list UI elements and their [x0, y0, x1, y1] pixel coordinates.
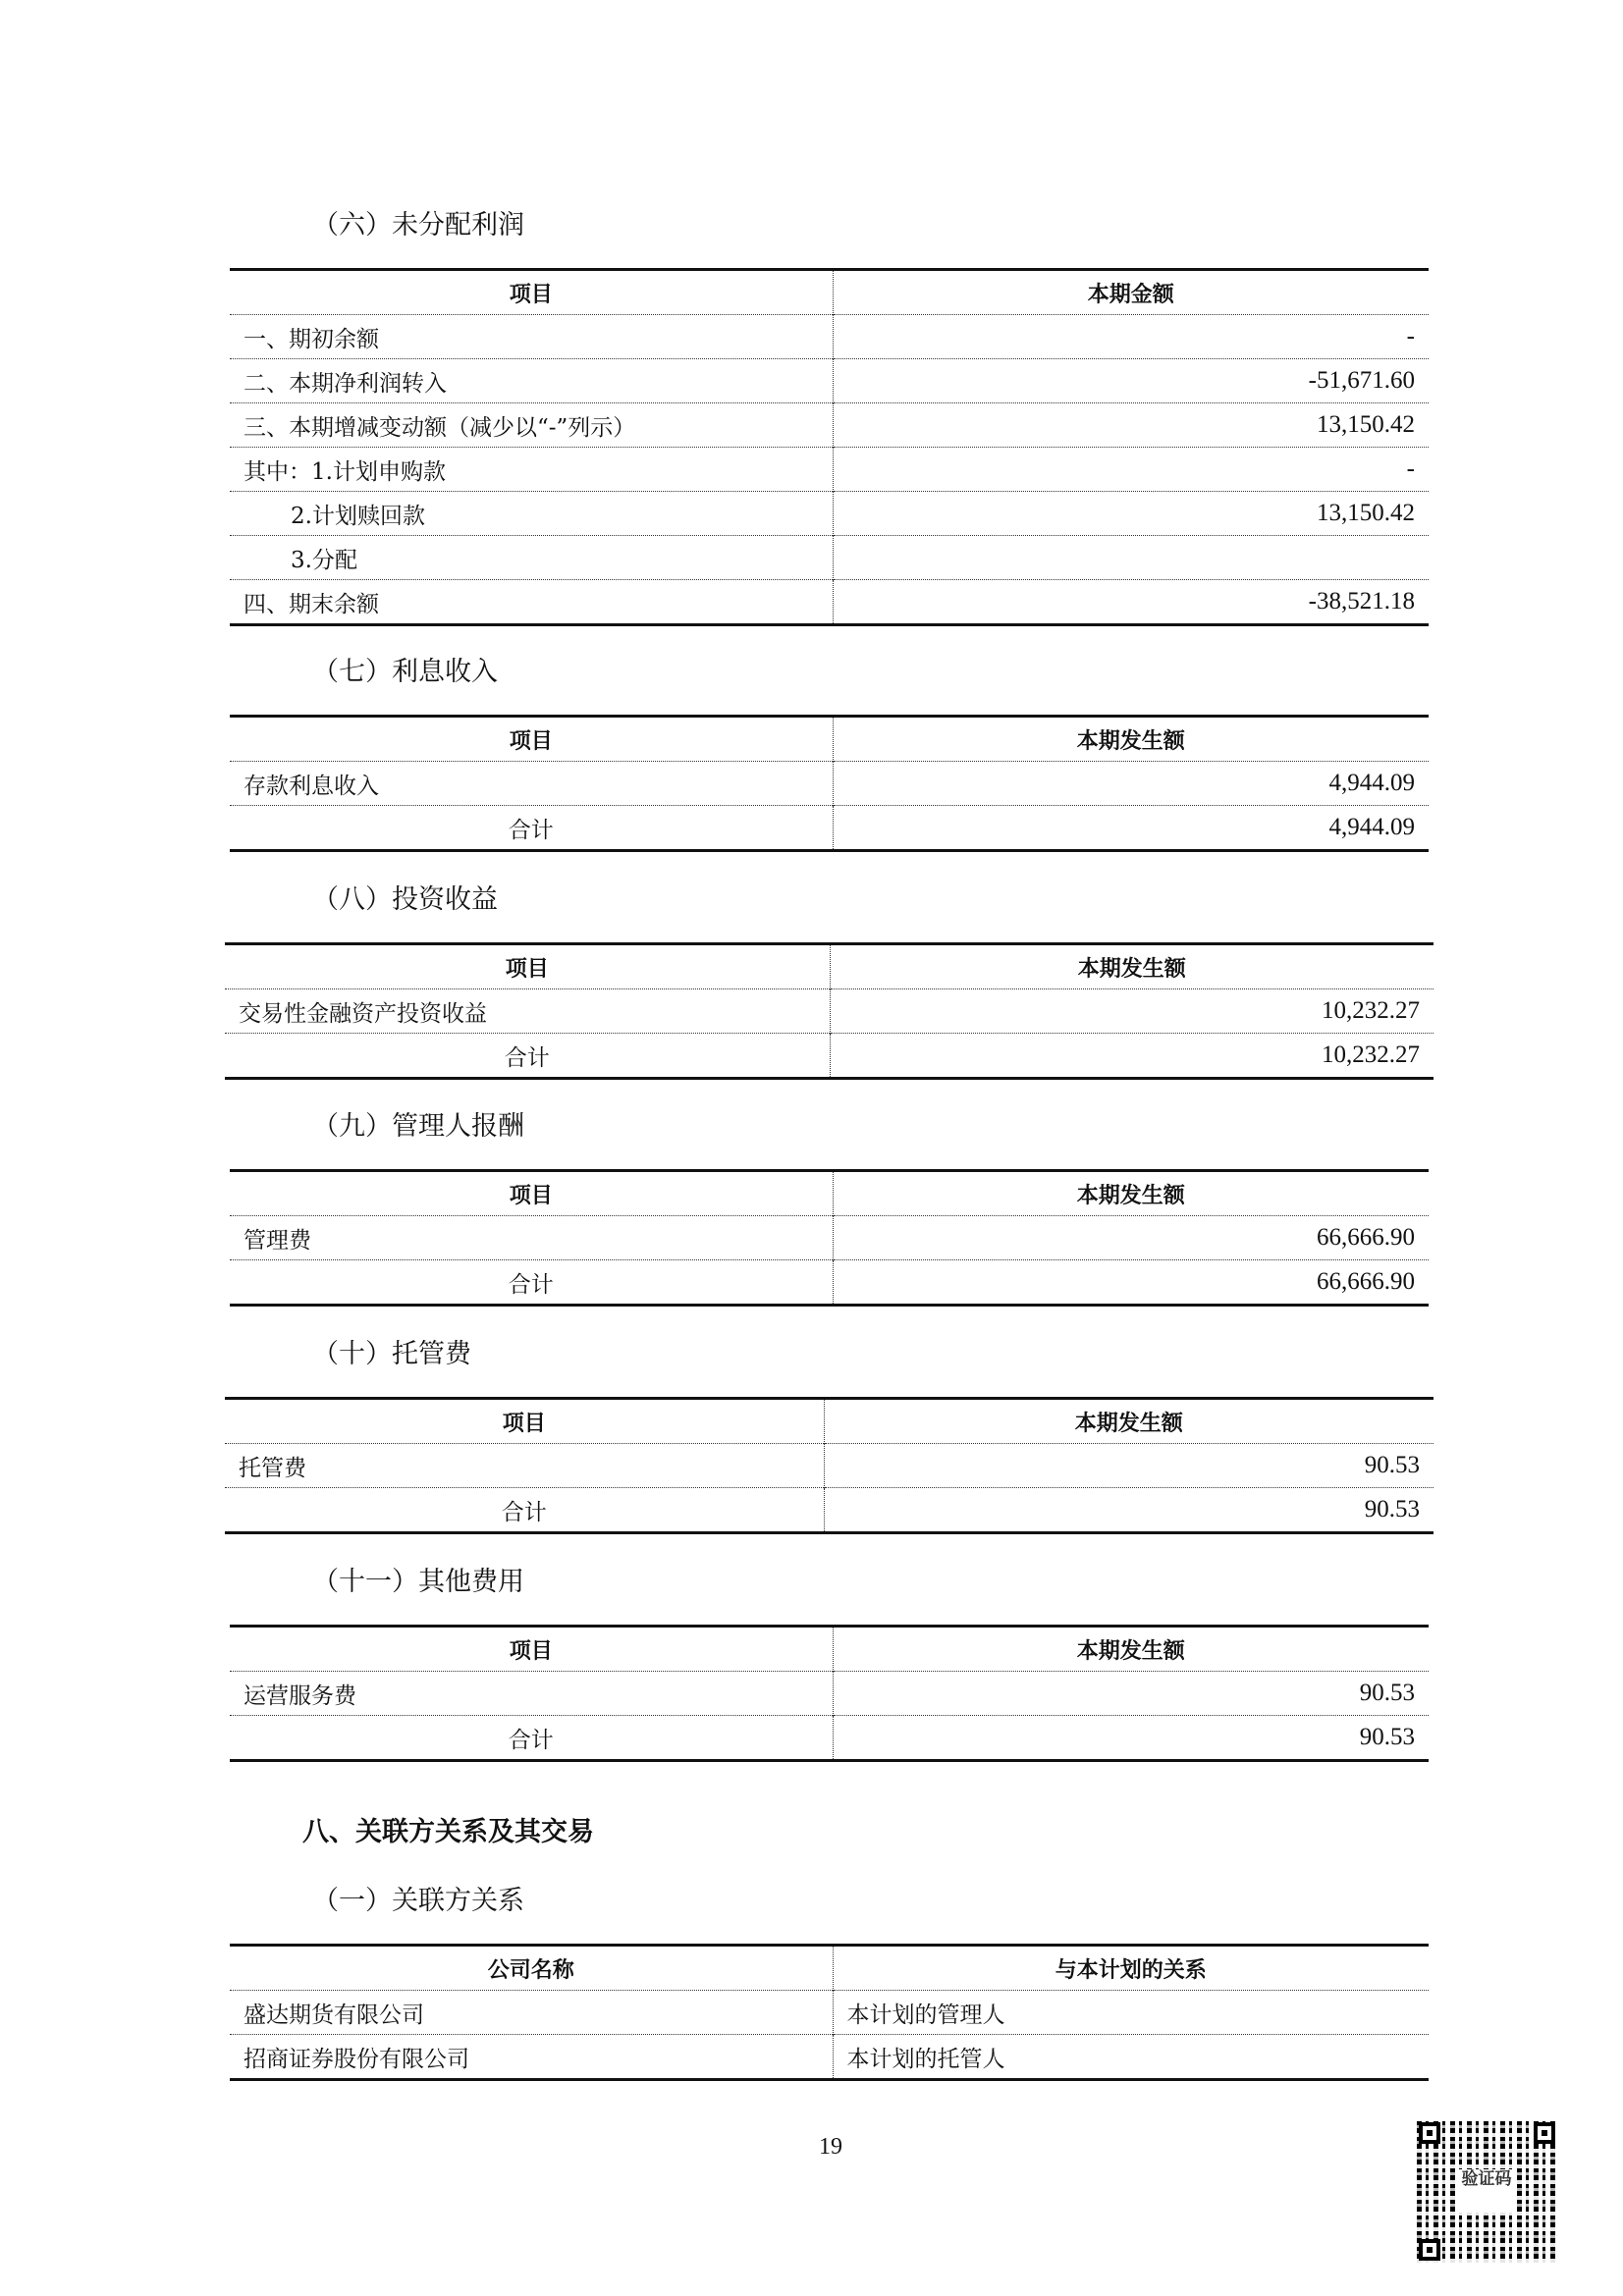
qr-center-label: 验证码	[1459, 2169, 1514, 2213]
table-row: 二、本期净利润转入 -51,671.60	[230, 359, 1429, 403]
total-label: 合计	[225, 1488, 824, 1533]
row-label: 管理费	[230, 1216, 833, 1260]
company-name: 招商证券股份有限公司	[230, 2035, 833, 2080]
row-label: 一、期初余额	[230, 315, 833, 359]
row-value: 13,150.42	[833, 403, 1429, 448]
column-header-relationship: 与本计划的关系	[833, 1946, 1429, 1991]
row-value: 13,150.42	[833, 492, 1429, 536]
table-row: 四、期末余额 -38,521.18	[230, 580, 1429, 625]
row-label: 存款利息收入	[230, 762, 833, 806]
table-row: 存款利息收入 4,944.09	[230, 762, 1429, 806]
column-header-item: 项目	[225, 944, 830, 989]
verification-qr-code-icon[interactable]: 验证码	[1417, 2120, 1557, 2263]
interest-income-table: 项目 本期发生额 存款利息收入 4,944.09 合计 4,944.09	[230, 715, 1429, 852]
table-row: 托管费 90.53	[225, 1444, 1434, 1488]
total-value: 90.53	[824, 1488, 1434, 1533]
column-header-item: 项目	[230, 270, 833, 315]
section-heading-investment-income: （八）投资收益	[312, 882, 498, 918]
table-row: 其中：1.计划申购款 -	[230, 448, 1429, 492]
qr-finder-top-left-icon	[1419, 2122, 1440, 2144]
column-header-item: 项目	[230, 1627, 833, 1672]
table-total-row: 合计 10,232.27	[225, 1034, 1434, 1079]
row-value: -51,671.60	[833, 359, 1429, 403]
column-header-amount: 本期发生额	[833, 1627, 1429, 1672]
row-label: 三、本期增减变动额（减少以“-”列示）	[230, 403, 833, 448]
total-label: 合计	[225, 1034, 830, 1079]
section-heading-interest-income: （七）利息收入	[312, 655, 498, 690]
row-label: 2.计划赎回款	[230, 492, 833, 536]
manager-fee-table: 项目 本期发生额 管理费 66,666.90 合计 66,666.90	[230, 1169, 1429, 1307]
relationship: 本计划的管理人	[833, 1991, 1429, 2035]
table-row: 招商证券股份有限公司 本计划的托管人	[230, 2035, 1429, 2080]
table-row: 交易性金融资产投资收益 10,232.27	[225, 989, 1434, 1034]
qr-finder-bottom-left-icon	[1419, 2239, 1440, 2261]
relationship: 本计划的托管人	[833, 2035, 1429, 2080]
table-header-row: 公司名称 与本计划的关系	[230, 1946, 1429, 1991]
row-value: -	[833, 315, 1429, 359]
row-label: 其中：1.计划申购款	[230, 448, 833, 492]
column-header-amount: 本期发生额	[824, 1399, 1434, 1444]
table-header-row: 项目 本期发生额	[225, 944, 1434, 989]
column-header-item: 项目	[225, 1399, 824, 1444]
company-name: 盛达期货有限公司	[230, 1991, 833, 2035]
table-row: 3.分配	[230, 536, 1429, 580]
table-total-row: 合计 90.53	[230, 1716, 1429, 1761]
column-header-amount: 本期发生额	[833, 1171, 1429, 1216]
row-label: 交易性金融资产投资收益	[225, 989, 830, 1034]
chapter-heading-related-parties: 八、关联方关系及其交易	[302, 1815, 594, 1850]
custody-fee-table: 项目 本期发生额 托管费 90.53 合计 90.53	[225, 1397, 1434, 1534]
section-heading-related-party-relationships: （一）关联方关系	[312, 1884, 524, 1919]
table-row: 一、期初余额 -	[230, 315, 1429, 359]
total-value: 90.53	[833, 1716, 1429, 1761]
row-value: 90.53	[833, 1672, 1429, 1716]
undistributed-profit-table: 项目 本期金额 一、期初余额 - 二、本期净利润转入 -51,671.60 三、…	[230, 268, 1429, 626]
column-header-amount: 本期金额	[833, 270, 1429, 315]
table-header-row: 项目 本期金额	[230, 270, 1429, 315]
row-value: 4,944.09	[833, 762, 1429, 806]
total-label: 合计	[230, 1260, 833, 1306]
table-row: 2.计划赎回款 13,150.42	[230, 492, 1429, 536]
table-header-row: 项目 本期发生额	[230, 717, 1429, 762]
total-label: 合计	[230, 806, 833, 851]
column-header-company-name: 公司名称	[230, 1946, 833, 1991]
section-heading-manager-fee: （九）管理人报酬	[312, 1109, 524, 1145]
column-header-item: 项目	[230, 1171, 833, 1216]
row-label: 四、期末余额	[230, 580, 833, 625]
section-heading-undistributed-profit: （六）未分配利润	[312, 208, 524, 243]
row-label: 托管费	[225, 1444, 824, 1488]
table-row: 盛达期货有限公司 本计划的管理人	[230, 1991, 1429, 2035]
row-value: -38,521.18	[833, 580, 1429, 625]
total-label: 合计	[230, 1716, 833, 1761]
section-heading-other-expenses: （十一）其他费用	[312, 1565, 524, 1600]
table-row: 三、本期增减变动额（减少以“-”列示） 13,150.42	[230, 403, 1429, 448]
column-header-item: 项目	[230, 717, 833, 762]
section-heading-custody-fee: （十）托管费	[312, 1337, 471, 1372]
table-total-row: 合计 4,944.09	[230, 806, 1429, 851]
table-row: 管理费 66,666.90	[230, 1216, 1429, 1260]
column-header-amount: 本期发生额	[833, 717, 1429, 762]
investment-income-table: 项目 本期发生额 交易性金融资产投资收益 10,232.27 合计 10,232…	[225, 942, 1434, 1080]
total-value: 4,944.09	[833, 806, 1429, 851]
row-value: 90.53	[824, 1444, 1434, 1488]
related-parties-table: 公司名称 与本计划的关系 盛达期货有限公司 本计划的管理人 招商证券股份有限公司…	[230, 1944, 1429, 2081]
qr-finder-top-right-icon	[1534, 2122, 1555, 2144]
row-label: 运营服务费	[230, 1672, 833, 1716]
row-value: -	[833, 448, 1429, 492]
table-total-row: 合计 66,666.90	[230, 1260, 1429, 1306]
table-header-row: 项目 本期发生额	[230, 1171, 1429, 1216]
total-value: 10,232.27	[830, 1034, 1434, 1079]
column-header-amount: 本期发生额	[830, 944, 1434, 989]
total-value: 66,666.90	[833, 1260, 1429, 1306]
table-header-row: 项目 本期发生额	[230, 1627, 1429, 1672]
table-header-row: 项目 本期发生额	[225, 1399, 1434, 1444]
row-value	[833, 536, 1429, 580]
page-number: 19	[811, 2134, 850, 2161]
row-value: 66,666.90	[833, 1216, 1429, 1260]
row-value: 10,232.27	[830, 989, 1434, 1034]
row-label: 二、本期净利润转入	[230, 359, 833, 403]
table-row: 运营服务费 90.53	[230, 1672, 1429, 1716]
other-expenses-table: 项目 本期发生额 运营服务费 90.53 合计 90.53	[230, 1625, 1429, 1762]
table-total-row: 合计 90.53	[225, 1488, 1434, 1533]
row-label: 3.分配	[230, 536, 833, 580]
